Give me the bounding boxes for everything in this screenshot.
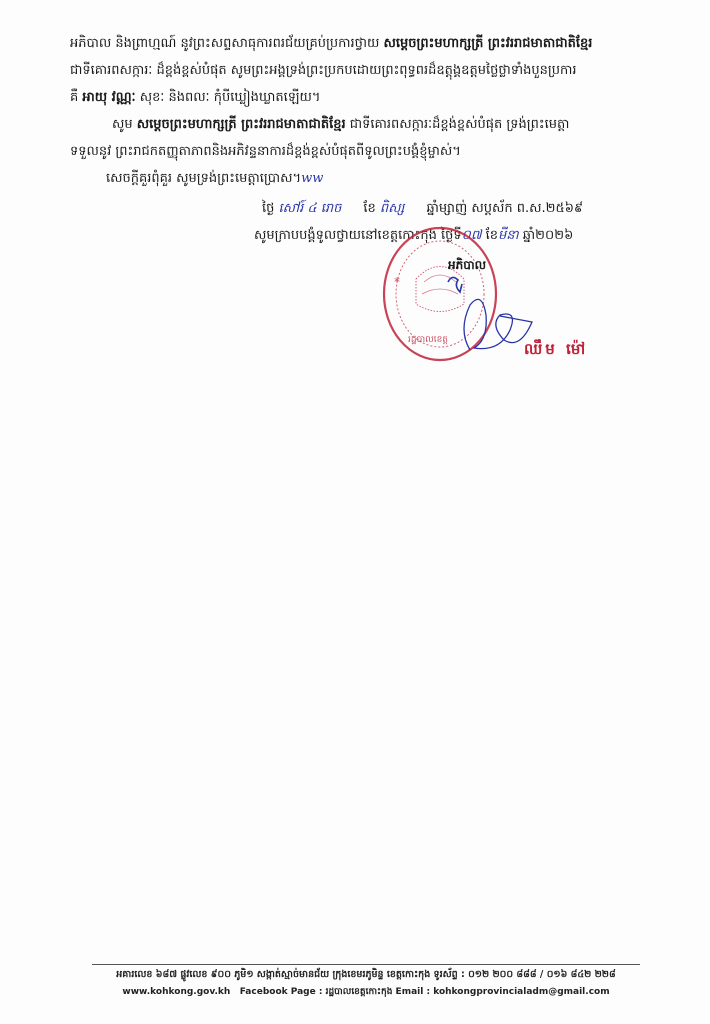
handwritten-lunar-month: ពិស្ស <box>380 201 405 216</box>
email-link[interactable]: kohkongprovincialadm@gmail.com <box>433 987 609 997</box>
paragraph1-line1: អភិបាល និងព្រាហ្មណ៍ នូវព្រះសព្ទសាធុការពរ… <box>70 30 650 57</box>
paragraph1-line3: គឺ អាយុ វណ្ណៈ សុខៈ និងពលៈ កុំបីឃ្លៀងឃ្លា… <box>70 84 650 111</box>
footer-address: អគារលេខ ៦៨៧ ផ្លូវលេខ ៩០០ ភូមិ១ សង្កាត់ស្… <box>92 968 640 982</box>
lunar-date-line: ថ្ងៃ សៅរ៍ ៤ រោចខែ ពិស្សឆ្នាំម្សាញ់ សប្តស… <box>262 195 583 222</box>
paragraph2-line1: សូម សម្តេចព្រះមហាក្សត្រី ព្រះវររាជមាតាជា… <box>70 111 650 138</box>
royal-title: សម្តេចព្រះមហាក្សត្រី ព្រះវររាជមាតាជាតិខ្… <box>137 117 346 132</box>
handwritten-lunar-day: សៅរ៍ ៤ រោច <box>279 201 342 216</box>
signer-name: ឈឹម ម៉ៅ <box>524 340 588 362</box>
website-link[interactable]: www.kohkong.gov.kh <box>122 987 230 997</box>
paragraph-blessing: អភិបាល និងព្រាហ្មណ៍ នូវព្រះសព្ទសាធុការពរ… <box>70 30 650 111</box>
document-page: អភិបាល និងព្រាហ្មណ៍ នូវព្រះសព្ទសាធុការពរ… <box>0 0 710 1024</box>
footer-divider <box>92 964 640 965</box>
handwritten-solar-month: មីនា <box>498 228 519 243</box>
paragraph2-line2: ទទួលនូវ ព្រះរាជកតញ្ញុតាភាពនិងអភិវន្ទនាកា… <box>70 138 650 165</box>
footer-contacts: www.kohkong.gov.kh Facebook Page : រដ្ឋប… <box>92 986 640 999</box>
royal-title: សម្តេចព្រះមហាក្សត្រី ព្រះវររាជមាតាជាតិខ្… <box>384 36 593 51</box>
paragraph1-line2: ជាទីគោរពសក្ការៈ ដ៏ខ្ពង់ខ្ពស់បំផុត សូមព្រ… <box>70 57 650 84</box>
handwritten-initials: ww <box>301 171 323 186</box>
closing-line: សេចក្តីគួរពុំគួរ សូមទ្រង់ព្រះមេត្តាប្រោស… <box>70 165 650 192</box>
svg-text:*: * <box>394 275 400 289</box>
facebook-link[interactable]: រដ្ឋបាលខេត្តកោះកុង <box>326 987 393 997</box>
paragraph-request: សូម សម្តេចព្រះមហាក្សត្រី ព្រះវររាជមាតាជា… <box>70 111 650 192</box>
